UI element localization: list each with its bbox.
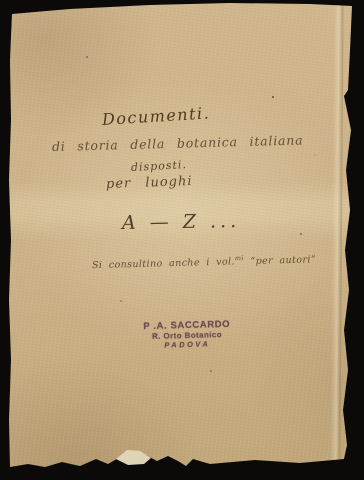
paper-specks — [272, 96, 274, 98]
handwriting-note-superscript: mi — [235, 254, 244, 262]
handwriting-alphabet-range: A — Z ... — [122, 210, 241, 234]
handwriting-note-text: Si consultino anche i vol. — [92, 256, 235, 271]
handwriting-per-luoghi: per luoghi — [106, 174, 193, 192]
stamp-city: PADOVA — [134, 339, 240, 351]
scan-background: Documenti. di storia della botanica ital… — [0, 0, 364, 480]
ownership-stamp: P .A. SACCARDO R. Orto Botanico PADOVA — [134, 319, 241, 351]
handwriting-title: Documenti. — [101, 103, 210, 129]
handwriting-disposti: disposti. — [131, 158, 188, 174]
handwriting-note-suffix: “per autori” — [244, 254, 316, 267]
paper-sheet: Documenti. di storia della botanica ital… — [0, 0, 364, 480]
handwriting-subtitle: di storia della botanica italiana — [52, 132, 304, 154]
handwriting-note: Si consultino anche i vol.mi “per autori… — [92, 252, 316, 271]
